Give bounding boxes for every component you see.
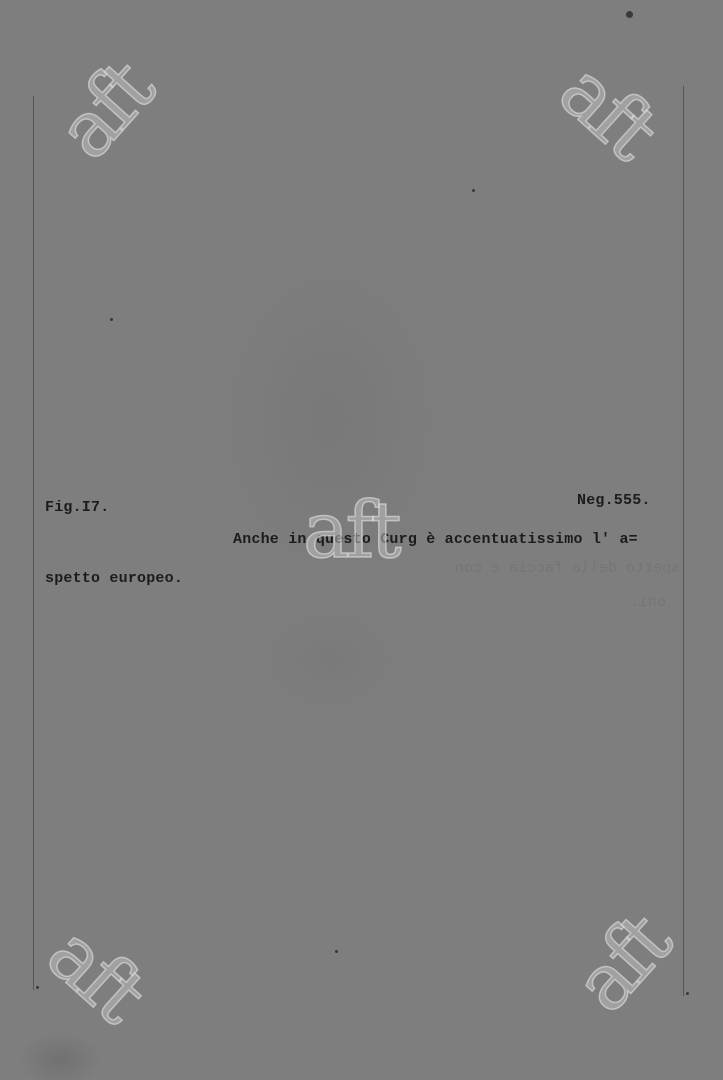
show-through-text: spetto della faccia e con [455,560,680,577]
caption-line-2: spetto europeo. [45,570,183,587]
figure-label: Fig.I7. [45,499,109,516]
speck [36,986,39,989]
watermark-bottom-left: aft [34,913,157,1034]
scanned-document-page: spetto della faccia e con oni. Fig.I7. N… [0,0,723,1080]
show-through-text: oni. [630,594,666,611]
watermark-center: aft [303,492,398,570]
speck [110,318,113,321]
speck [626,11,633,18]
watermark-top-left: aft [45,50,166,173]
speck [686,992,689,995]
speck [335,950,338,953]
caption-line-1: Anche in questo Curg è accentuatissimo l… [233,531,638,548]
watermark-bottom-right: aft [562,903,683,1026]
negative-label: Neg.555. [577,492,651,509]
watermark-top-right: aft [546,50,669,171]
left-margin-line [33,96,34,990]
speck [472,189,475,192]
right-margin-line [683,86,684,996]
